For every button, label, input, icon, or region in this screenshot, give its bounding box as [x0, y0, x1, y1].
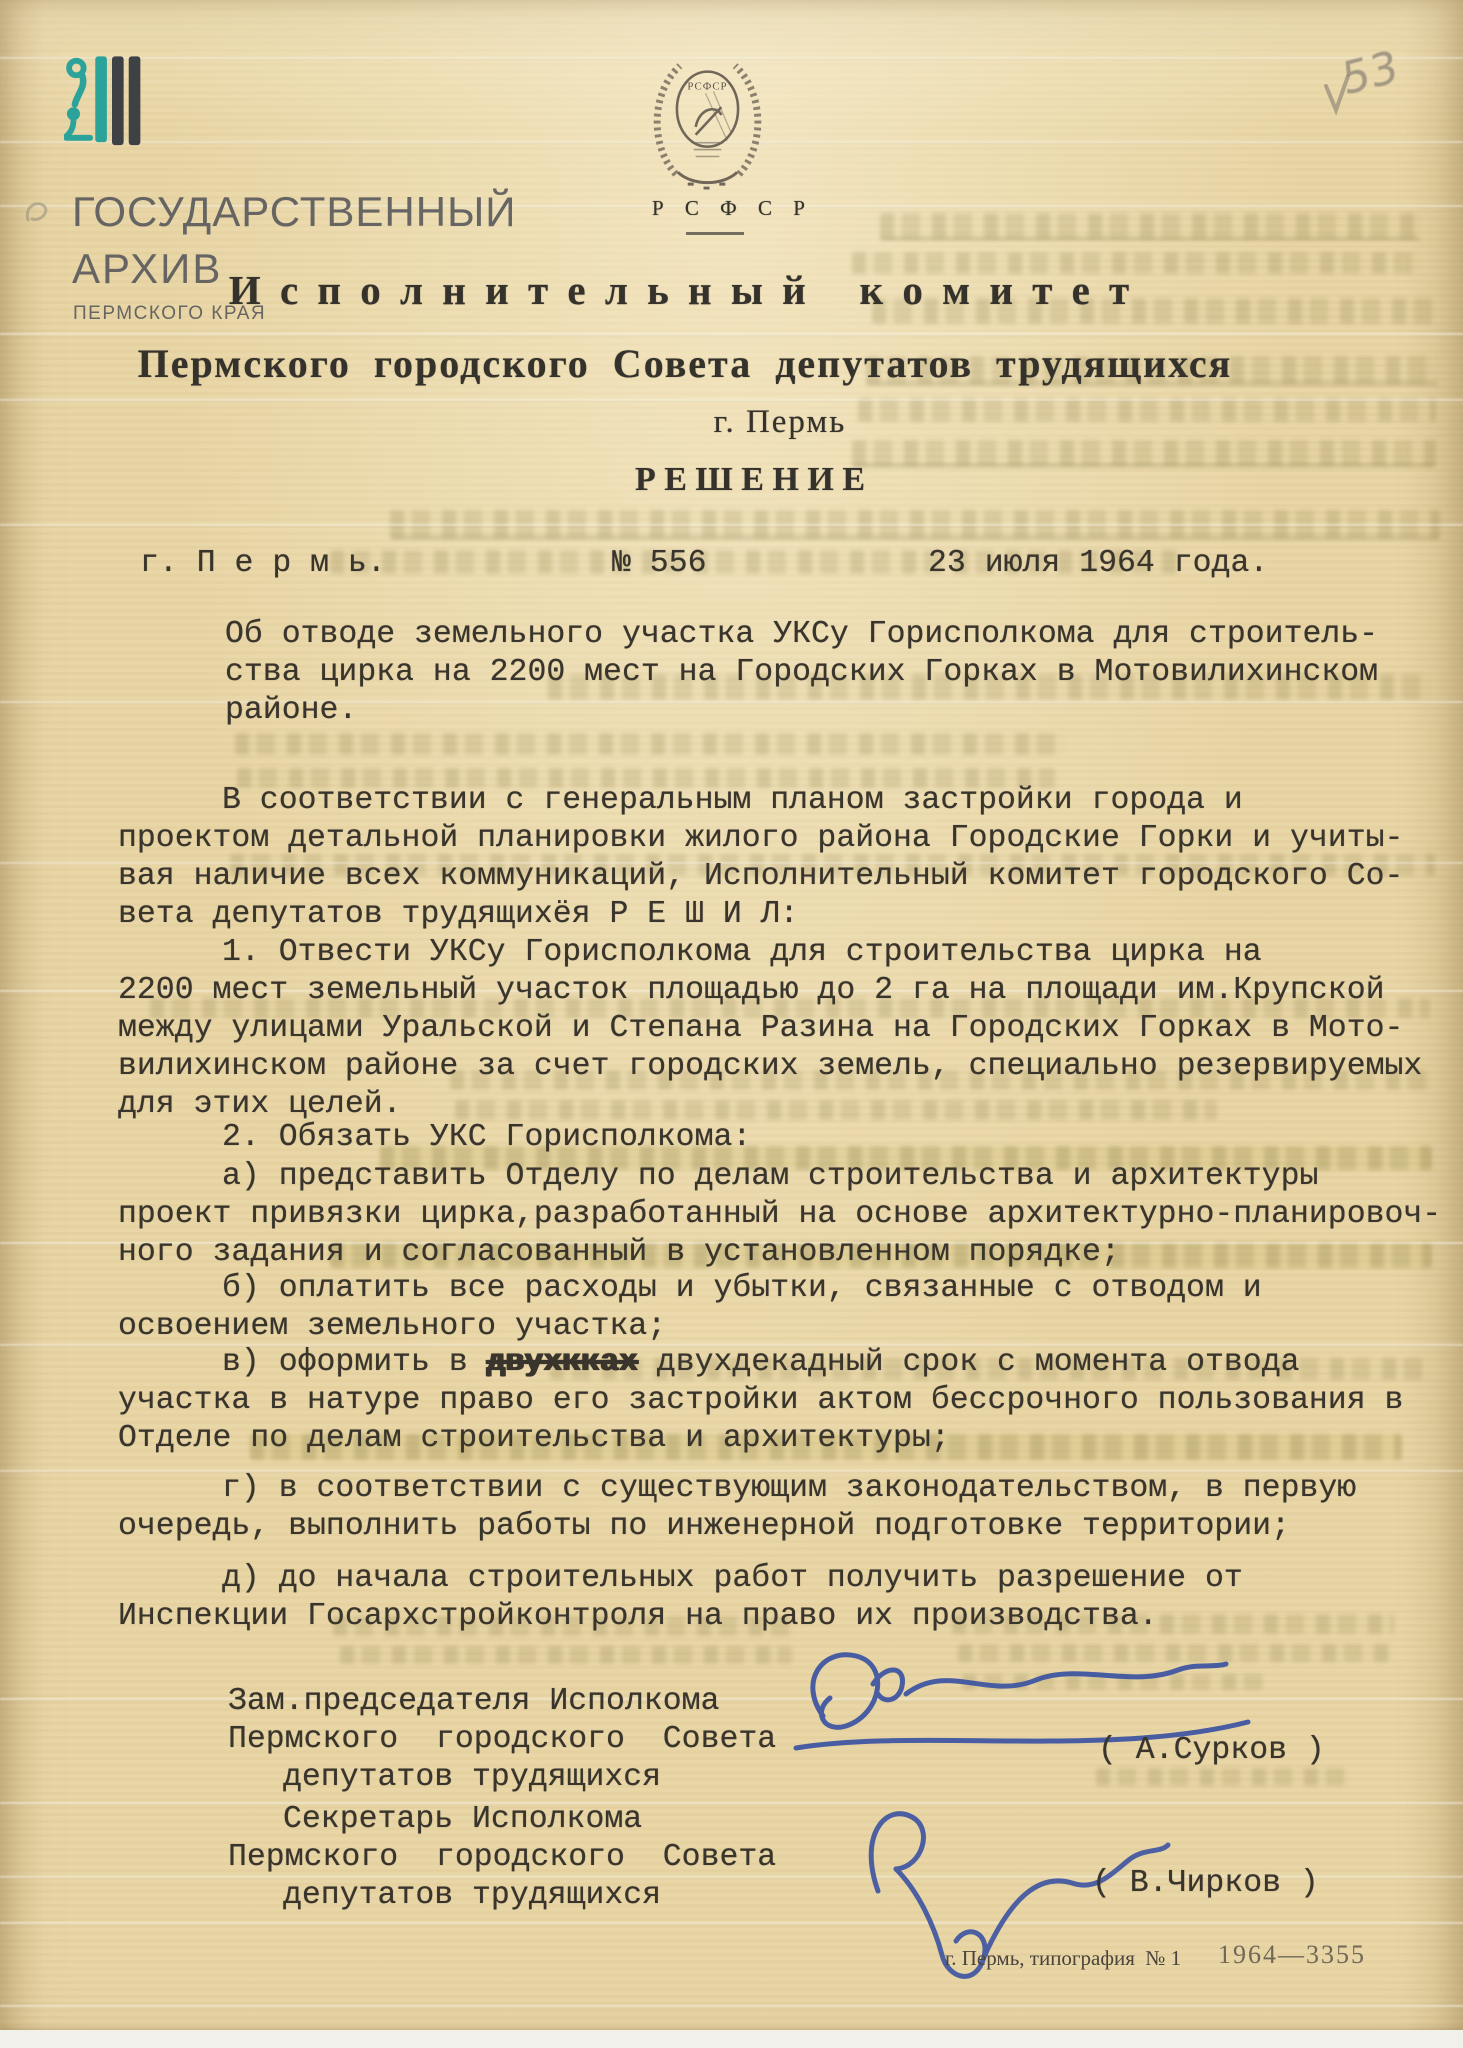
body-line: 2200 мест земельный участок площадью до …: [118, 972, 1422, 1010]
item2b-paragraph: б) оплатить все расходы и убытки, связан…: [118, 1270, 1262, 1346]
signature-title-line: депутатов трудящихся: [228, 1759, 776, 1797]
document-title: Р Е Ш Е Н И Е: [250, 461, 1250, 499]
rsfsr-caption: Р С Ф С Р: [652, 196, 772, 221]
doc-date: 23 июля 1964 года.: [928, 546, 1268, 581]
body-line: вая наличие всех коммуникаций, Исполните…: [118, 858, 1403, 896]
typography-note: г. Пермь, типография № 1: [945, 1946, 1181, 1971]
signature-title-line: Секретарь Исполкома: [228, 1801, 776, 1839]
item2a-paragraph: а) представить Отделу по делам строитель…: [118, 1158, 1441, 1272]
rsfsr-underline: [686, 232, 744, 235]
body-line: проектом детальной планировки жилого рай…: [118, 820, 1403, 858]
body-line: вета депутатов трудящихёя Р Е Ш И Л:: [118, 896, 1403, 934]
body-line: а) представить Отделу по делам строитель…: [118, 1158, 1441, 1196]
print-code: 1964—3355: [1218, 1940, 1366, 1970]
doc-number: № 556: [612, 546, 707, 581]
bleed-through-text-ghost: [340, 1646, 792, 1664]
item2d-paragraph: д) до начала строительных работ получить…: [118, 1560, 1243, 1636]
body-line: участка в натуре право его застройки акт…: [118, 1382, 1403, 1420]
body-line: д) до начала строительных работ получить…: [118, 1560, 1243, 1598]
paper-crease: [0, 523, 1463, 527]
signature-chirkov-autograph: [800, 1795, 1190, 2007]
item2v-suffix: двухдекадный срок с момента отвода: [638, 1345, 1300, 1380]
item2v-paragraph: в) оформить в двухкках двухдекадный срок…: [118, 1344, 1403, 1458]
scanned-document-page: ГОСУДАРСТВЕННЫЙ АРХИВ ПЕРМСКОГО КРАЯ РСФ…: [0, 0, 1463, 2048]
body-line: проект привязки цирка,разработанный на о…: [118, 1196, 1441, 1234]
paper-crease: [0, 332, 1463, 336]
paper-crease: [0, 2004, 1463, 2008]
subject-line: ства цирка на 2200 мест на Городских Гор…: [225, 654, 1378, 692]
signature-title-line: Зам.председателя Исполкома: [228, 1683, 776, 1721]
letterhead-committee-line2: Пермского городского Совета депутатов тр…: [95, 340, 1275, 387]
paper-crease: [0, 398, 1463, 402]
body-line: очередь, выполнить работы по инженерной …: [118, 1508, 1356, 1546]
letterhead-committee-line1: И с п о л н и т е л ь н ы й к о м и т е …: [180, 266, 1180, 314]
watermark-line1: ГОСУДАРСТВЕННЫЙ: [72, 188, 516, 236]
item2g-paragraph: г) в соответствии с существующим законод…: [118, 1470, 1356, 1546]
signature2-name: ( В.Чирков ): [1092, 1866, 1319, 1901]
body-line: г) в соответствии с существующим законод…: [118, 1470, 1356, 1508]
archive-logo-icon: [64, 38, 144, 170]
subject-line: Об отводе земельного участка УКСу Горисп…: [225, 616, 1378, 654]
body-line: для этих целей.: [118, 1086, 1422, 1124]
signature-title-line: Пермского городского Совета: [228, 1839, 776, 1877]
item2v-prefix: в) оформить в: [222, 1345, 487, 1380]
body-line: Отделе по делам строительства и архитект…: [118, 1420, 1403, 1458]
paper-crease: [0, 1921, 1463, 1925]
body-line: б) оплатить все расходы и убытки, связан…: [118, 1270, 1262, 1308]
intro-paragraph: В соответствии с генеральным планом заст…: [118, 782, 1403, 934]
signature2-title: Секретарь Исполкома Пермского городского…: [228, 1801, 776, 1915]
doc-place: г. П е р м ь.: [140, 546, 386, 581]
body-line: В соответствии с генеральным планом заст…: [118, 782, 1403, 820]
body-line: освоением земельного участка;: [118, 1308, 1262, 1346]
subject-paragraph: Об отводе земельного участка УКСу Горисп…: [225, 616, 1378, 730]
signature1-name: ( А.Сурков ): [1098, 1733, 1325, 1768]
signature1-title: Зам.председателя Исполкома Пермского гор…: [228, 1683, 776, 1797]
bleed-through-text-ghost: [235, 733, 1065, 755]
body-line: вилихинском районе за счет городских зем…: [118, 1048, 1422, 1086]
body-line-with-strike: в) оформить в двухкках двухдекадный срок…: [118, 1344, 1403, 1382]
rsfsr-emblem-icon: РСФСР: [645, 46, 770, 194]
body-line: между улицами Уральской и Степана Разина…: [118, 1010, 1422, 1048]
signature-title-line: депутатов трудящихся: [228, 1877, 776, 1915]
subject-line: районе.: [225, 692, 1378, 730]
bleed-through-text-ghost: [880, 213, 1420, 240]
signature-title-line: Пермского городского Совета: [228, 1721, 776, 1759]
letterhead-city: г. Пермь: [280, 404, 1280, 441]
struck-word: двухкках: [487, 1345, 638, 1380]
item2-heading: 2. Обязать УКС Горисполкома:: [222, 1120, 751, 1155]
pencil-check-mark: [1320, 68, 1360, 118]
emblem-inner-label: РСФСР: [687, 80, 727, 92]
body-line: Инспекции Госархстройконтроля на право и…: [118, 1598, 1243, 1636]
scan-edge-strip: [0, 2030, 1463, 2048]
pencil-squiggle: [22, 196, 58, 228]
item1-paragraph: 1. Отвести УКСу Горисполкома для строите…: [118, 934, 1422, 1124]
body-line: 1. Отвести УКСу Горисполкома для строите…: [118, 934, 1422, 972]
body-line: ного задания и согласованный в установле…: [118, 1234, 1441, 1272]
